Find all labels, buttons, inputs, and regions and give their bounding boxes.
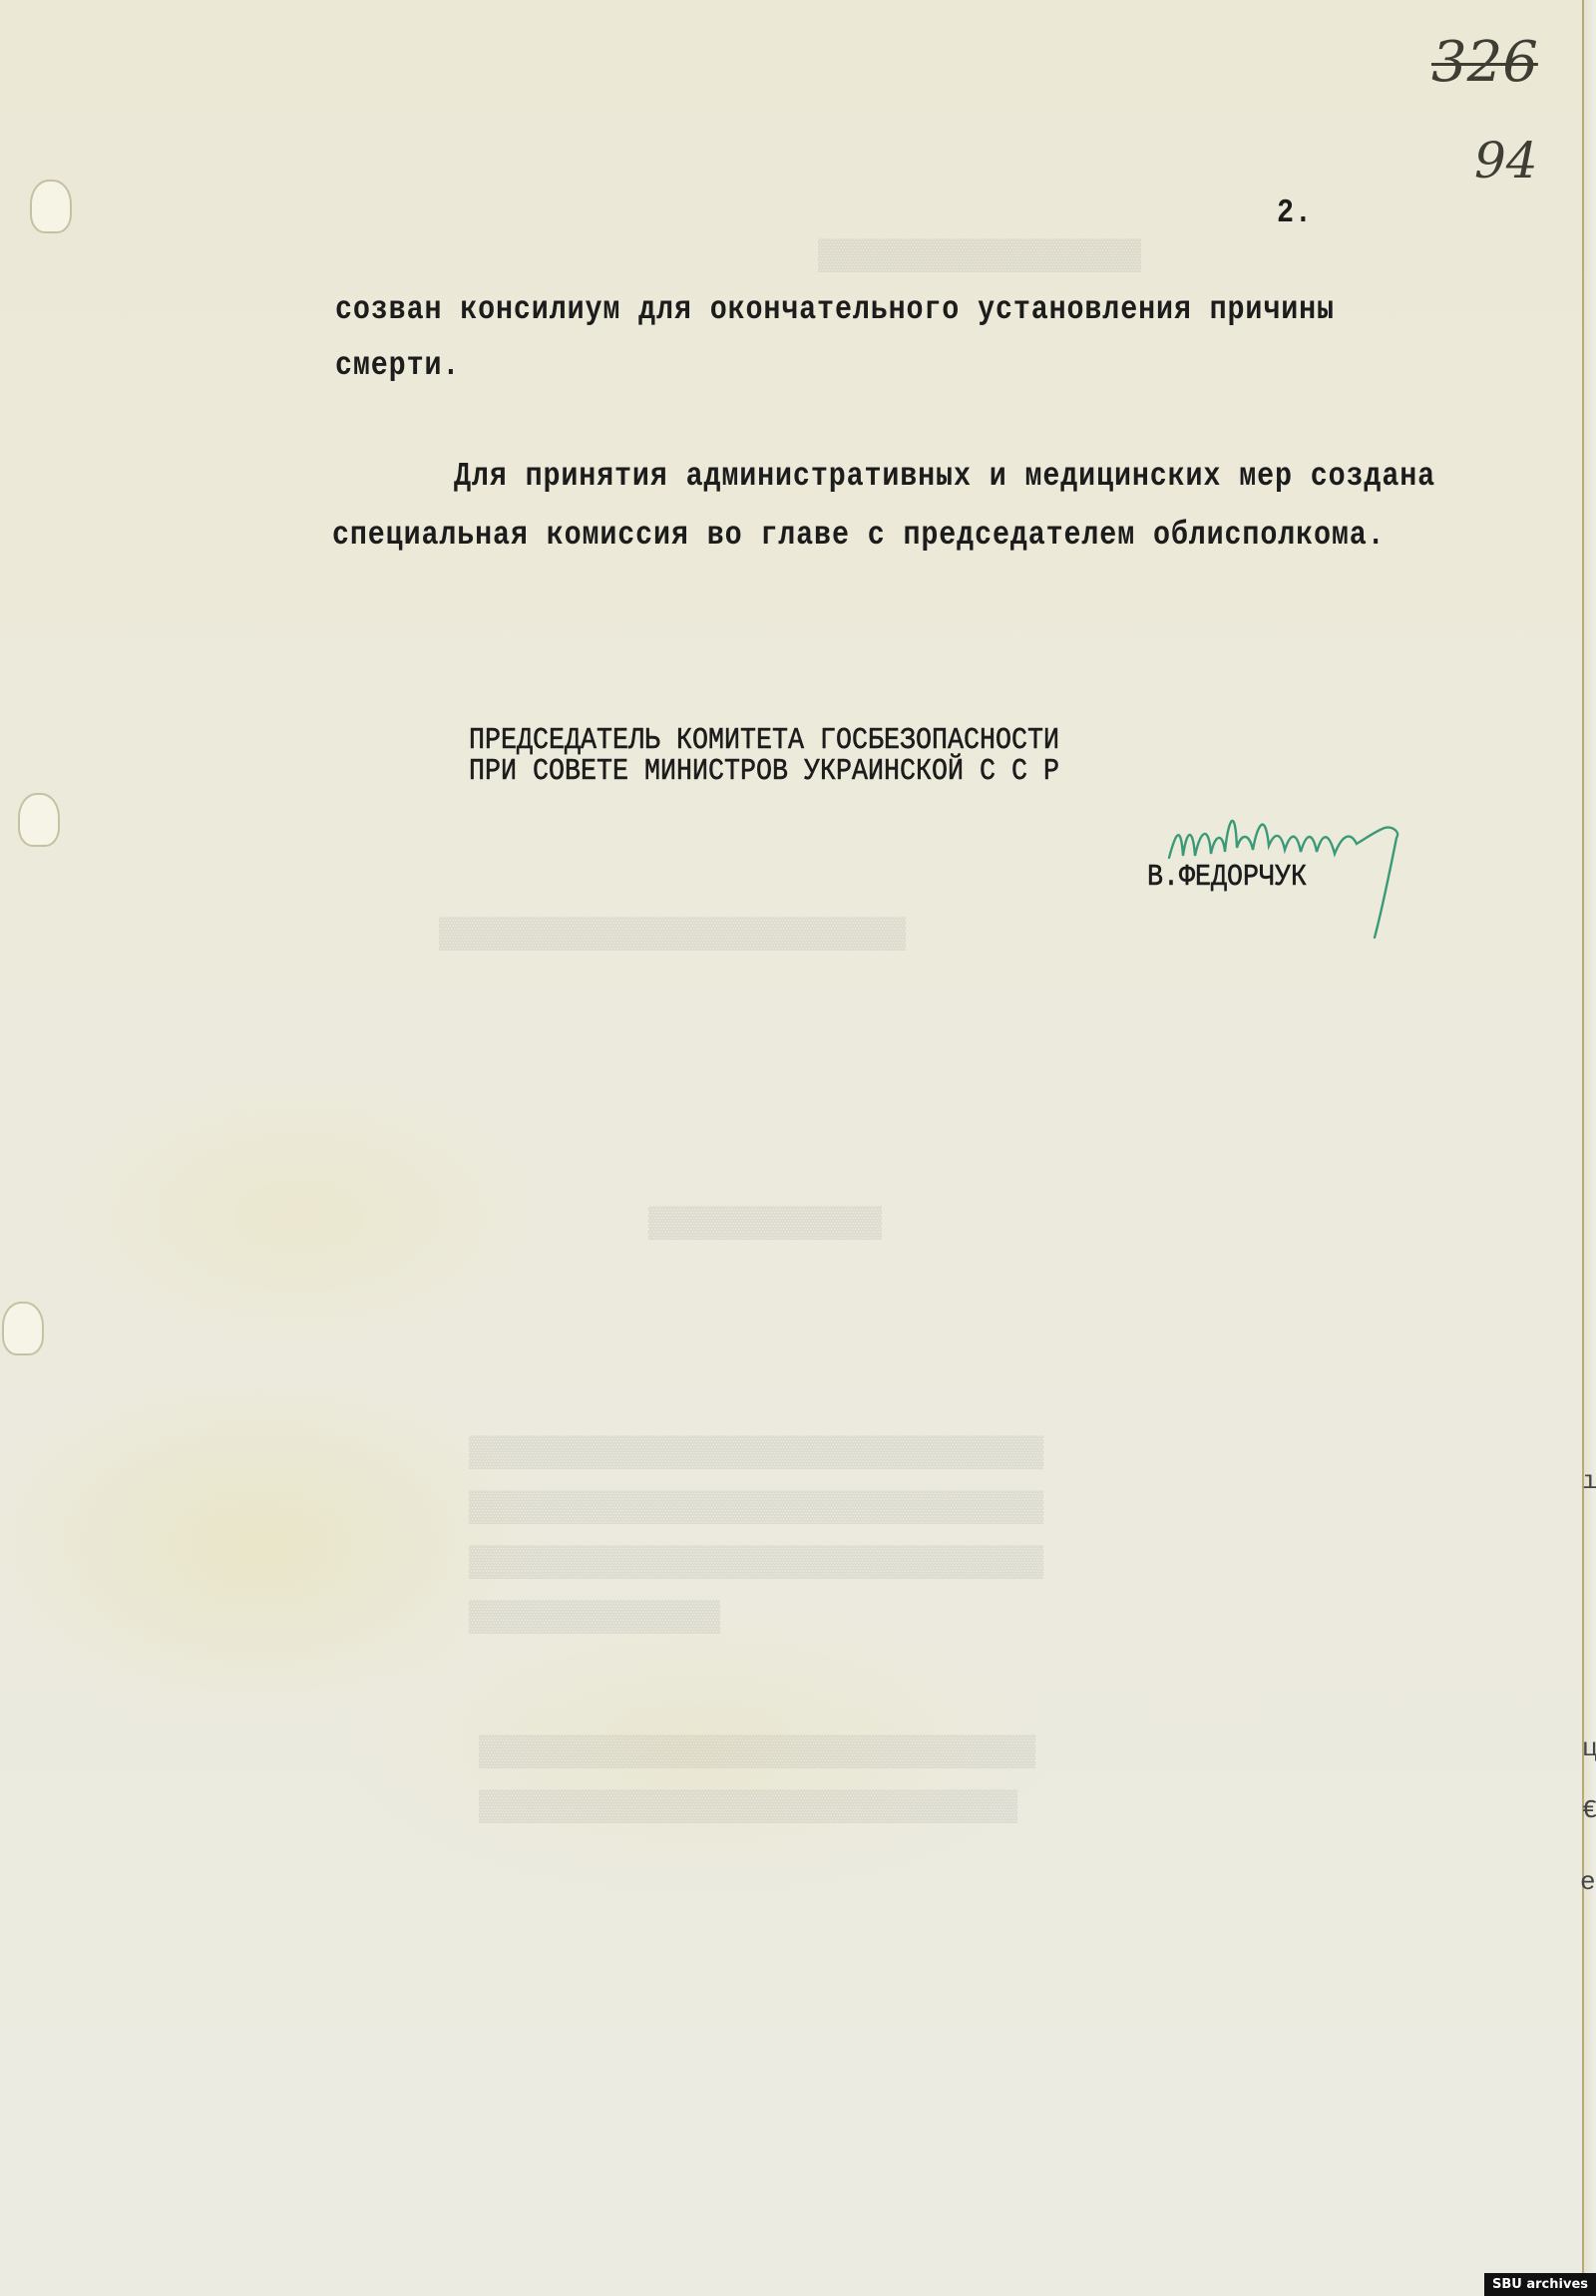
watermark-label: SBU archives	[1484, 2273, 1596, 2296]
paragraph-2-line-2: специальная комиссия во главе с председа…	[332, 517, 1386, 554]
page-number: 2.	[1277, 194, 1313, 231]
paragraph-1-line-1: созван консилиум для окончательного уста…	[335, 291, 1335, 328]
paragraph-1-line-2: смерти.	[335, 347, 460, 384]
adjacent-page-char: ц	[1582, 1733, 1596, 1763]
paragraph-2-line-1: Для принятия административных и медицинс…	[454, 458, 1435, 495]
archive-number-new: 94	[1474, 132, 1538, 190]
signatory-title-line-2: ПРИ СОВЕТЕ МИНИСТРОВ УКРАИНСКОЙ С С Р	[469, 754, 1059, 789]
adjacent-page-char: €	[1582, 1795, 1596, 1825]
punch-hole-mark	[2, 1302, 44, 1355]
signatory-name: В.ФЕДОРЧУК	[1147, 860, 1307, 895]
punch-hole-mark	[30, 180, 72, 233]
punch-hole-mark	[18, 793, 60, 847]
archive-number-old: 326	[1431, 30, 1538, 95]
signatory-title-line-1: ПРЕДСЕДАТЕЛЬ КОМИТЕТА ГОСБЕЗОПАСНОСТИ	[469, 723, 1059, 758]
next-page-edge	[1582, 0, 1596, 2296]
adjacent-page-char: е	[1580, 1867, 1596, 1897]
document-page	[0, 0, 1596, 2296]
adjacent-page-char: ı	[1582, 1466, 1596, 1496]
